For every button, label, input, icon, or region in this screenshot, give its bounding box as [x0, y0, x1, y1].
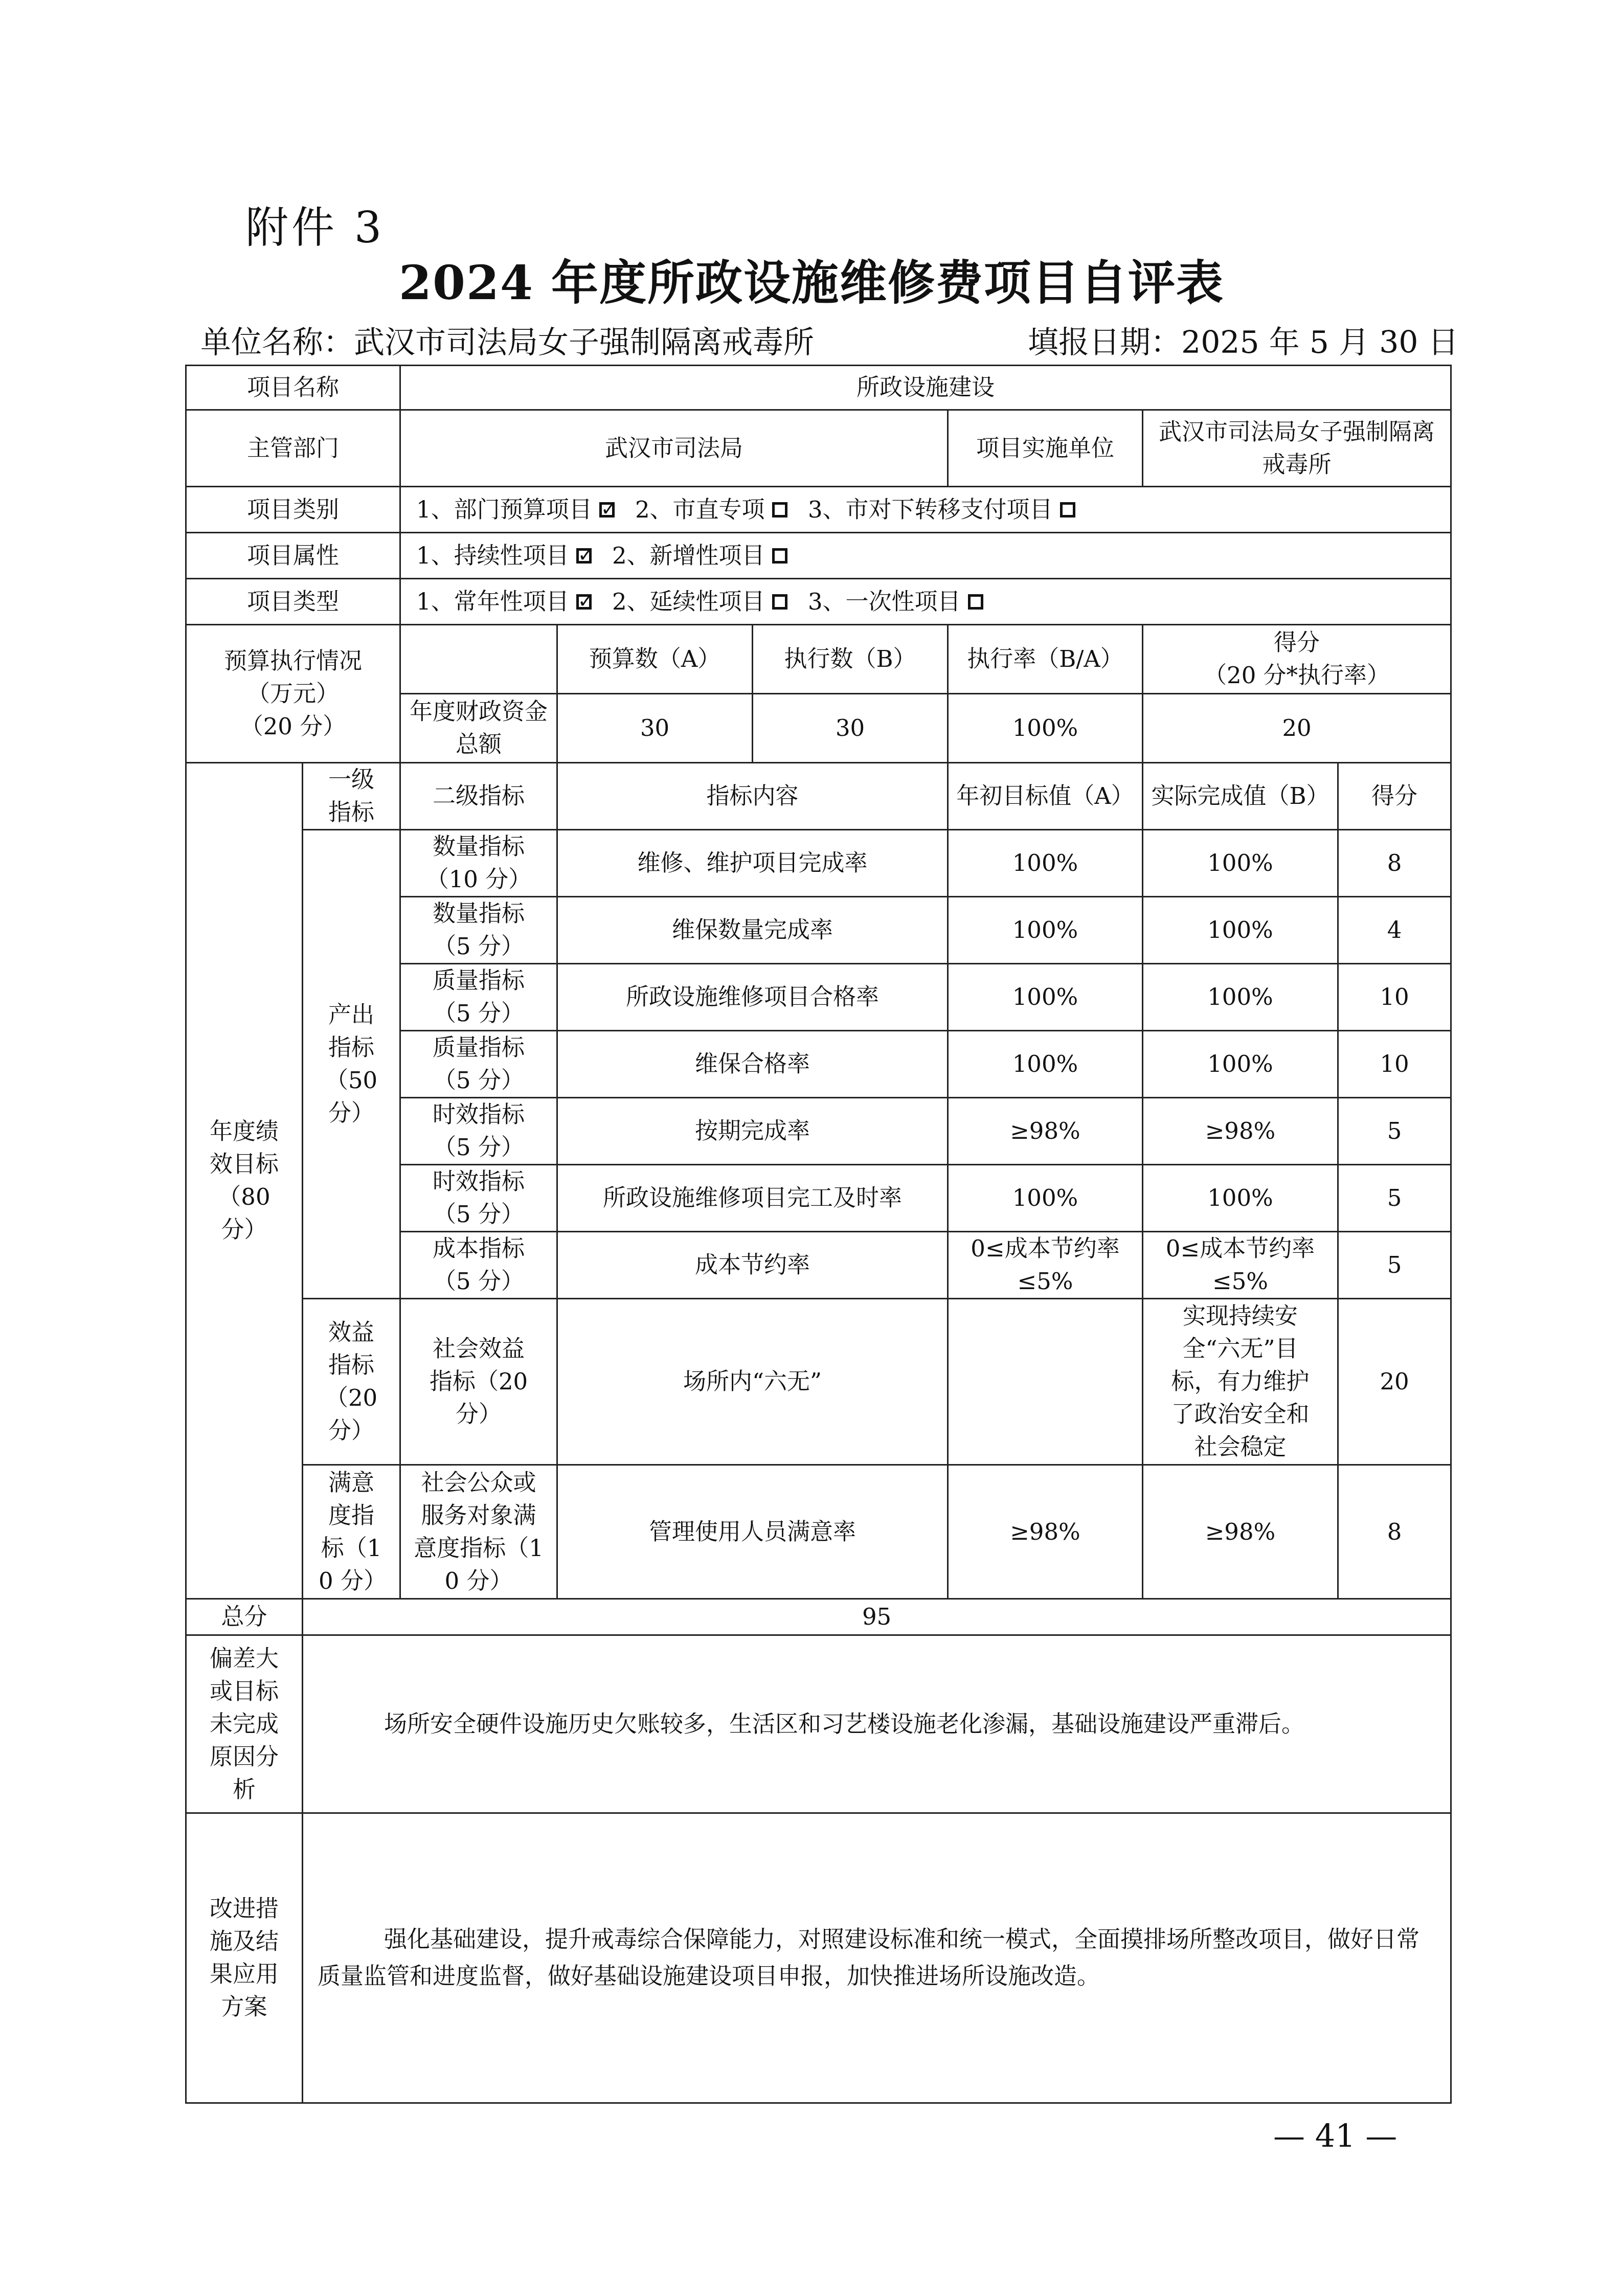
level2-cell: 社会效益指标（20 分）	[400, 1299, 557, 1465]
target-cell: 100%	[948, 897, 1143, 964]
impl-unit-label: 项目实施单位	[948, 410, 1143, 487]
deviation-label: 偏差大或目标未完成原因分析	[186, 1635, 303, 1813]
actual-header: 实际完成值（B）	[1143, 763, 1338, 830]
budget-label: 预算执行情况 （万元） （20 分）	[186, 625, 400, 763]
checkbox-empty-icon[interactable]	[772, 548, 787, 564]
type-option-3: 3、一次性项目	[808, 586, 997, 618]
checkbox-empty-icon[interactable]	[772, 594, 787, 610]
checkbox-empty-icon[interactable]	[1060, 502, 1075, 517]
budget-score-header: 得分 （20 分*执行率）	[1143, 625, 1451, 694]
target-cell: 100%	[948, 1031, 1143, 1098]
target-cell: 100%	[948, 964, 1143, 1031]
improvement-text: 强化基础建设，提升戒毒综合保障能力，对照建设标准和统一模式，全面摸排场所整改项目…	[303, 1813, 1451, 2103]
impl-unit-value: 武汉市司法局女子强制隔离戒毒所	[1143, 410, 1451, 487]
unit-name: 单位名称：武汉市司法局女子强制隔离戒毒所	[200, 318, 814, 362]
attribute-option-2: 2、新增性项目	[612, 539, 801, 572]
executed-b-header: 执行数（B）	[753, 625, 948, 694]
category-option-2: 2、市直专项	[635, 493, 801, 526]
level1-header: 一级指标	[303, 763, 400, 830]
actual-cell: 100%	[1143, 964, 1338, 1031]
executed-b-value: 30	[753, 694, 948, 763]
target-header: 年初目标值（A）	[948, 763, 1143, 830]
actual-cell: 100%	[1143, 897, 1338, 964]
target-cell	[948, 1299, 1143, 1465]
score-header: 得分	[1338, 763, 1451, 830]
type-option-2: 2、延续性项目	[612, 586, 801, 618]
target-cell: 0≤成本节约率≤5%	[948, 1232, 1143, 1299]
page-number: — 41 —	[1273, 2117, 1397, 2154]
table-row: 效益指标（20 分） 社会效益指标（20 分） 场所内“六无” 实现持续安全“六…	[186, 1299, 1451, 1465]
level1-satisfaction: 满意度指标（10 分）	[303, 1465, 400, 1599]
type-label: 项目类型	[186, 579, 400, 625]
category-label: 项目类别	[186, 487, 400, 533]
checkbox-empty-icon[interactable]	[772, 502, 787, 517]
target-cell: 100%	[948, 830, 1143, 897]
level2-cell: 成本指标（5 分）	[400, 1232, 557, 1299]
deviation-text: 场所安全硬件设施历史欠账较多，生活区和习艺楼设施老化渗漏，基础设施建设严重滞后。	[303, 1635, 1451, 1813]
self-evaluation-table: 项目名称 所政设施建设 主管部门 武汉市司法局 项目实施单位 武汉市司法局女子强…	[185, 365, 1452, 2104]
improvement-label: 改进措施及结果应用方案	[186, 1813, 303, 2103]
budget-empty-header	[400, 625, 557, 694]
level2-cell: 质量指标（5 分）	[400, 964, 557, 1031]
actual-cell: 100%	[1143, 1031, 1338, 1098]
report-date: 填报日期：2025 年 5 月 30 日	[1028, 318, 1459, 362]
page-title: 2024 年度所政设施维修费项目自评表	[0, 245, 1623, 313]
table-row: 满意度指标（10 分） 社会公众或服务对象满意度指标（10 分） 管理使用人员满…	[186, 1465, 1451, 1599]
actual-cell: ≥98%	[1143, 1465, 1338, 1599]
budget-score-value: 20	[1143, 694, 1451, 763]
category-options: 1、部门预算项目 2、市直专项 3、市对下转移支付项目	[400, 487, 1451, 533]
rate-value: 100%	[948, 694, 1143, 763]
actual-cell: 100%	[1143, 1165, 1338, 1232]
score-cell: 10	[1338, 1031, 1451, 1098]
type-options: 1、常年性项目 2、延续性项目 3、一次性项目	[400, 579, 1451, 625]
checkbox-checked-icon[interactable]	[576, 548, 592, 564]
level2-cell: 时效指标（5 分）	[400, 1165, 557, 1232]
actual-cell: 0≤成本节约率≤5%	[1143, 1232, 1338, 1299]
dept-value: 武汉市司法局	[400, 410, 948, 487]
content-cell: 管理使用人员满意率	[557, 1465, 948, 1599]
budget-row-label: 年度财政资金总额	[400, 694, 557, 763]
content-cell: 场所内“六无”	[557, 1299, 948, 1465]
content-cell: 按期完成率	[557, 1098, 948, 1165]
score-cell: 20	[1338, 1299, 1451, 1465]
score-cell: 8	[1338, 830, 1451, 897]
checkbox-checked-icon[interactable]	[576, 594, 592, 610]
level2-cell: 数量指标（10 分）	[400, 830, 557, 897]
target-cell: ≥98%	[948, 1098, 1143, 1165]
level2-header: 二级指标	[400, 763, 557, 830]
budget-a-value: 30	[557, 694, 753, 763]
project-name-label: 项目名称	[186, 366, 400, 410]
table-row: 产出指标（50 分） 数量指标（10 分） 维修、维护项目完成率 100% 10…	[186, 830, 1451, 897]
level2-cell: 质量指标（5 分）	[400, 1031, 557, 1098]
dept-label: 主管部门	[186, 410, 400, 487]
category-option-3: 3、市对下转移支付项目	[808, 493, 1089, 526]
score-cell: 5	[1338, 1098, 1451, 1165]
level2-cell: 时效指标（5 分）	[400, 1098, 557, 1165]
rate-header: 执行率（B/A）	[948, 625, 1143, 694]
content-cell: 维保合格率	[557, 1031, 948, 1098]
performance-section-label: 年度绩效目标（80 分）	[186, 763, 303, 1599]
type-option-1: 1、常年性项目	[416, 586, 605, 618]
content-cell: 所政设施维修项目完工及时率	[557, 1165, 948, 1232]
level2-cell: 社会公众或服务对象满意度指标（10 分）	[400, 1465, 557, 1599]
content-cell: 维修、维护项目完成率	[557, 830, 948, 897]
total-value: 95	[303, 1599, 1451, 1635]
score-cell: 4	[1338, 897, 1451, 964]
content-cell: 成本节约率	[557, 1232, 948, 1299]
project-name-value: 所政设施建设	[400, 366, 1451, 410]
level1-benefit: 效益指标（20 分）	[303, 1299, 400, 1465]
attribute-option-1: 1、持续性项目	[416, 539, 605, 572]
target-cell: ≥98%	[948, 1465, 1143, 1599]
content-header: 指标内容	[557, 763, 948, 830]
level2-cell: 数量指标（5 分）	[400, 897, 557, 964]
category-option-1: 1、部门预算项目	[416, 493, 628, 526]
budget-a-header: 预算数（A）	[557, 625, 753, 694]
content-cell: 所政设施维修项目合格率	[557, 964, 948, 1031]
checkbox-checked-icon[interactable]	[599, 502, 615, 517]
actual-cell: ≥98%	[1143, 1098, 1338, 1165]
attribute-options: 1、持续性项目 2、新增性项目	[400, 533, 1451, 579]
score-cell: 5	[1338, 1165, 1451, 1232]
score-cell: 10	[1338, 964, 1451, 1031]
score-cell: 8	[1338, 1465, 1451, 1599]
score-cell: 5	[1338, 1232, 1451, 1299]
level1-output: 产出指标（50 分）	[303, 830, 400, 1299]
actual-cell: 实现持续安全“六无”目标，有力维护了政治安全和社会稳定	[1143, 1299, 1338, 1465]
target-cell: 100%	[948, 1165, 1143, 1232]
actual-cell: 100%	[1143, 830, 1338, 897]
checkbox-empty-icon[interactable]	[968, 594, 983, 610]
attribute-label: 项目属性	[186, 533, 400, 579]
total-label: 总分	[186, 1599, 303, 1635]
content-cell: 维保数量完成率	[557, 897, 948, 964]
